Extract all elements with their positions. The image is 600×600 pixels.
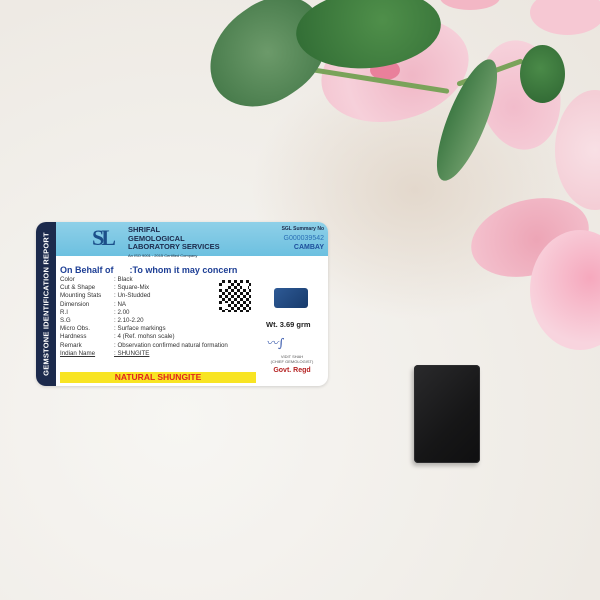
govt-regd: Govt. Regd	[261, 367, 323, 374]
field-value: : SHUNGITE	[114, 350, 149, 358]
field-key: Dimension	[60, 301, 114, 309]
field-value: : NA	[114, 301, 126, 309]
certificate-card: GEMSTONE IDENTIFICATION REPORT SL SHRIFA…	[36, 222, 328, 386]
field-value: : 4 (Ref. mohsn scale)	[114, 333, 175, 341]
signatory-title: (CHIEF GEMOLOGIST)	[261, 359, 323, 364]
side-label: GEMSTONE IDENTIFICATION REPORT	[42, 232, 51, 376]
lab-name-line3: LABORATORY SERVICES	[128, 243, 220, 252]
field-key: R.I	[60, 309, 114, 317]
field-value: : Un-Studded	[114, 292, 150, 300]
city: CAMBAY	[282, 243, 324, 252]
field-row: S.G: 2.10-2.20	[60, 317, 228, 325]
field-key: Indian Name	[60, 350, 114, 358]
field-row: Mounting Stats: Un-Studded	[60, 292, 228, 300]
summary-block: SGL Summary No G000039542 CAMBAY	[282, 225, 324, 252]
summary-number: G000039542	[282, 234, 324, 243]
stone-thumbnail	[274, 288, 308, 308]
pink-petal	[440, 0, 500, 10]
field-row: R.I: 2.00	[60, 309, 228, 317]
weight: Wt. 3.69 grm	[266, 320, 311, 329]
card-header: SL SHRIFAL GEMOLOGICAL LABORATORY SERVIC…	[56, 222, 328, 256]
field-key: Remark	[60, 342, 114, 350]
field-value: : Surface markings	[114, 325, 166, 333]
field-value: : Observation confirmed natural formatio…	[114, 342, 228, 350]
field-key: Hardness	[60, 333, 114, 341]
pink-petal	[530, 0, 600, 35]
iso-text: An ISO 9001 : 2015 Certified Company	[128, 252, 220, 261]
signature-icon: 〰∫	[266, 334, 321, 352]
field-key: Micro Obs.	[60, 325, 114, 333]
field-list: Color: Black Cut & Shape: Square-Mix Mou…	[60, 276, 228, 358]
flower-bud	[520, 45, 565, 103]
side-band: GEMSTONE IDENTIFICATION REPORT	[36, 222, 56, 386]
summary-label: SGL Summary No	[282, 225, 324, 234]
field-key: Mounting Stats	[60, 292, 114, 300]
field-value: : Black	[114, 276, 133, 284]
behalf-label: On Behalf of	[60, 265, 114, 275]
field-key: Color	[60, 276, 114, 284]
behalf-value: :To whom it may concern	[130, 265, 238, 275]
lab-name: SHRIFAL GEMOLOGICAL LABORATORY SERVICES …	[128, 226, 220, 260]
lab-logo-icon: SL	[92, 225, 113, 251]
field-key: Cut & Shape	[60, 284, 114, 292]
field-row: Micro Obs.: Surface markings	[60, 325, 228, 333]
behalf-line: On Behalf of:To whom it may concern	[60, 265, 237, 275]
signatory: VIDIT SHAH (CHIEF GEMOLOGIST)	[261, 354, 323, 364]
shungite-stone	[414, 365, 480, 463]
field-row: Cut & Shape: Square-Mix	[60, 284, 228, 292]
field-row: Hardness: 4 (Ref. mohsn scale)	[60, 333, 228, 341]
field-row: Indian Name: SHUNGITE	[60, 350, 228, 358]
field-key: S.G	[60, 317, 114, 325]
field-row: Color: Black	[60, 276, 228, 284]
field-value: : 2.00	[114, 309, 129, 317]
field-row: Dimension: NA	[60, 301, 228, 309]
field-value: : Square-Mix	[114, 284, 149, 292]
field-value: : 2.10-2.20	[114, 317, 144, 325]
field-row: Remark: Observation confirmed natural fo…	[60, 342, 228, 350]
qr-code-icon	[219, 280, 251, 312]
product-photo: GEMSTONE IDENTIFICATION REPORT SL SHRIFA…	[0, 0, 600, 600]
stone-name-banner: NATURAL SHUNGITE	[60, 372, 256, 383]
